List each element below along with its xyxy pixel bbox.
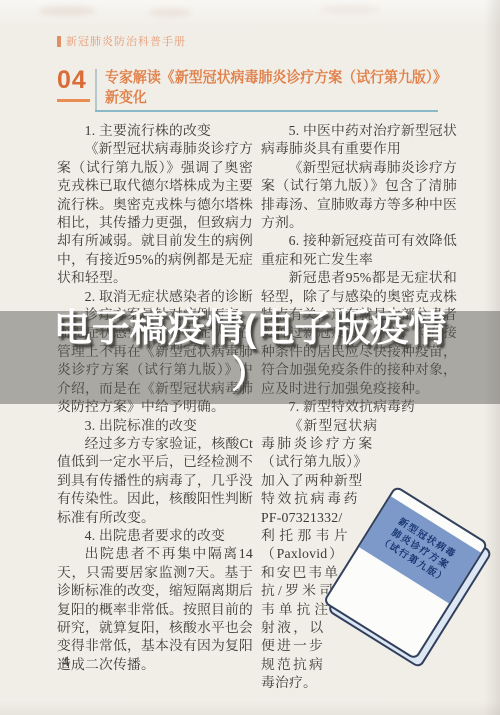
heading-2: 2. 取消无症状感染者的诊断: [57, 288, 253, 306]
section-underline-rule: [95, 110, 438, 112]
column-left: 1. 主要流行株的改变 《新型冠状病毒肺炎诊疗方案（试行第九版）》强调了奥密克戎…: [57, 122, 253, 693]
booklet-label-text: 新冠肺炎防治科普手册: [66, 33, 186, 49]
scan-bottom-shadow: [0, 701, 500, 715]
heading-3: 3. 出院标准的改变: [57, 417, 253, 435]
paragraph: 《新型冠状病毒肺炎诊疗方案（试行第九版）》强调了奥密克戎株已取代德尔塔株成为主要…: [57, 140, 253, 287]
scanned-booklet-page: 新冠肺炎防治科普手册 04 专家解读《新型冠状病毒肺炎诊疗方案（试行第九版）》 …: [0, 0, 500, 715]
heading-4: 4. 出院患者要求的改变: [57, 527, 253, 545]
section-title-line1: 专家解读《新型冠状病毒肺炎诊疗方案（试行第九版）》: [105, 68, 447, 88]
section-number-underline: [57, 99, 90, 102]
heading-5: 5. 中医中药对治疗新型冠状病毒肺炎具有重要作用: [261, 122, 457, 159]
label-bar-icon: [57, 36, 61, 47]
section-title: 专家解读《新型冠状病毒肺炎诊疗方案（试行第九版）》 新变化: [105, 68, 447, 108]
watermark-text: 电子稿疫情(电子版疫情 ）: [0, 305, 500, 397]
booklet-label: 新冠肺炎防治科普手册: [57, 33, 186, 49]
watermark-line1: 电子稿疫情(电子版疫情: [0, 305, 500, 353]
scan-artifact: [148, 8, 192, 17]
scan-artifact: [38, 6, 96, 16]
paragraph: 《新型冠状病毒肺炎诊疗方案（试行第九版）》包含了清肺排毒汤、宣肺败毒方等多种中医…: [261, 159, 457, 233]
heading-1: 1. 主要流行株的改变: [57, 122, 253, 140]
section-vertical-rule: [95, 69, 97, 111]
watermark-line2: ）: [0, 353, 500, 397]
scan-artifact: [320, 5, 380, 14]
paragraph: 出院患者不再集中隔离14天，只需要居家监测7天。基于诊断标准的改变，缩短隔离期后…: [57, 545, 253, 674]
section-number: 04: [57, 66, 87, 95]
section-title-line2: 新变化: [105, 88, 447, 108]
paragraph: 经过多方专家验证，核酸Ct值低到一定水平后，已经检测不到具有传播性的病毒了，几乎…: [57, 435, 253, 527]
heading-6: 6. 接种新冠疫苗可有效降低重症和死亡发生率: [261, 232, 457, 269]
